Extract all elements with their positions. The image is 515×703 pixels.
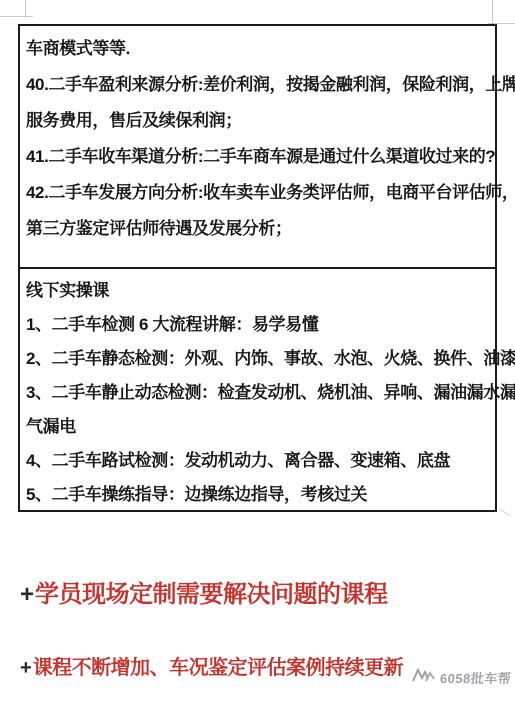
text-line: 第三方鉴定评估师待遇及发展分析； [26, 211, 489, 247]
promo-line-course-updates: +课程不断增加、车况鉴定评估案例持续更新 [20, 653, 403, 683]
promo-text: 学员现场定制需要解决问题的课程 [35, 581, 388, 608]
text-line: 服务费用，售后及续保利润； [26, 103, 489, 139]
text-line: 线下实操课 [26, 274, 489, 308]
document-page: 车商模式等等. 40.二手车盈利来源分析:差价利润，按揭金融利润，保险利润，上牌… [0, 0, 515, 703]
table-guide-mark [492, 0, 493, 23]
plus-sign: + [20, 657, 32, 679]
text-line: 4、二手车路试检测：发动机动力、离合器、变速箱、底盘 [26, 444, 489, 478]
course-table: 车商模式等等. 40.二手车盈利来源分析:差价利润，按揭金融利润，保险利润，上牌… [18, 24, 497, 512]
table-guide-mark [0, 16, 33, 17]
table-cell-practice-course: 线下实操课 1、二手车检测 6 大流程讲解：易学易懂 2、二手车静态检测：外观、… [20, 269, 495, 510]
promo-line-custom-course: +学员现场定制需要解决问题的课程 [20, 578, 388, 612]
table-guide-mark [500, 509, 511, 516]
text-line: 5、二手车操练指导：边操练边指导，考核过关 [26, 478, 489, 512]
text-line: 1、二手车检测 6 大流程讲解：易学易懂 [26, 308, 489, 342]
mountains-logo-icon [412, 666, 438, 687]
text-line: 42.二手车发展方向分析:收车卖车业务类评估师，电商平台评估师， [26, 175, 489, 211]
text-line: 3、二手车静止动态检测：检查发动机、烧机油、异响、漏油漏水漏 [26, 376, 489, 410]
plus-sign: + [20, 581, 34, 608]
text-line: 41.二手车收车渠道分析:二手车商车源是通过什么渠道收过来的? [26, 139, 489, 175]
watermark-text: 6058批车帮 [439, 668, 512, 687]
text-line: 车商模式等等. [26, 31, 489, 67]
watermark: 6058批车帮 [412, 666, 511, 687]
text-line: 气漏电 [26, 410, 489, 444]
text-line: 2、二手车静态检测：外观、内饰、事故、水泡、火烧、换件、油漆 [26, 342, 489, 376]
text-line: 40.二手车盈利来源分析:差价利润，按揭金融利润，保险利润，上牌 [26, 67, 489, 103]
table-cell-theory-course: 车商模式等等. 40.二手车盈利来源分析:差价利润，按揭金融利润，保险利润，上牌… [20, 26, 495, 269]
promo-text: 课程不断增加、车况鉴定评估案例持续更新 [33, 657, 404, 679]
